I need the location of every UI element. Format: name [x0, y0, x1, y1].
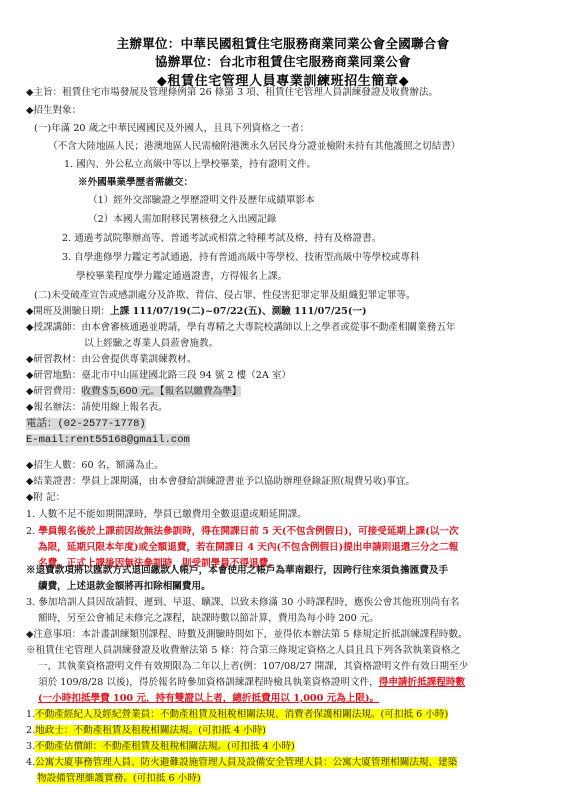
co-organizer-line: 協辦單位：台北市租賃住宅服務商業同業公會 — [0, 52, 566, 70]
note-3-line1: 3. 參加培訓人員因故請假、遲到、早退、曠課，以致未修滿 30 小時課程時，應俟… — [26, 596, 459, 610]
attention-line: ◆注意事項：本計畫訓練類別課程、時數及測驗時間如下，並得依本辦法第 5 條規定折… — [26, 628, 468, 642]
schedule-label: ◆開班及測驗日期： — [26, 306, 110, 317]
fee-value: 收費＄5,600 元。【報名以繳費為準】 — [81, 386, 241, 397]
refund-line1: ※退費款項將以匯款方式退回繳款人帳戶，本會使用之帳戶為華南銀行，因跨行往來須負擔… — [26, 564, 448, 578]
foreign-degree-heading: ※外國畢業學歷者需繳交： — [78, 176, 193, 190]
eligibility-item-2: 2. 通過考試院舉辦高等、普通考試或相當之特種考試及格，持有及格證書。 — [62, 232, 381, 246]
certificate-line: ◆結業證書：學員上課期滿，由本會發給訓練證書並予以協助辦理登錄証照(規費另收)事… — [26, 475, 415, 489]
eligibility-part1: (一)年滿 20 歲之中華民國國民及外國人，且具下列資格之一者： — [34, 122, 309, 136]
foreign-degree-item-1: （1）經外交部驗證之學歷證明文件及歷年成績單影本 — [88, 194, 315, 208]
purpose-line: ◆主旨：租賃住宅市場發展及管理條例第 26 條第 3 項、租賃住宅管理人員訓練發… — [26, 86, 438, 100]
organizer-line: 主辦單位：中華民國租賃住宅服務商業同業公會全國聯合會 — [0, 34, 566, 52]
offset-item-3: 3.不動產估價師：不動產租賃及租稅相關法規。(可扣抵 4 小時) — [26, 740, 295, 754]
rule-line2: 一，其執業資格證明文件有效期限為二年以上者(例：107/08/27 開課，其資格… — [38, 660, 468, 674]
schedule-line: ◆開班及測驗日期：上課 111/07/19(二)~07/22(五)、測驗 111… — [26, 305, 367, 319]
materials-line: ◆研習教材：由公會提供專業訓練教材。 — [26, 353, 196, 367]
eligibility-item-1: 1. 國內、外公私立高級中等以上學校畢業，持有證明文件。 — [64, 158, 316, 172]
eligibility-part1-note: （不含大陸地區人民；港澳地區人民需檢附港澳永久居民身分證並檢附未持有其他護照之切… — [48, 140, 461, 154]
rule-line4: (一小時扣抵學費 100 元，持有雙證以上者，總折抵費用以 1,000 元為上限… — [38, 692, 379, 706]
offset-item-4-line2: 物設備管理維護實務。(可扣抵 6 小時) — [37, 772, 201, 786]
instructors-line2: 以上經驗之專業人員蒞會施教。 — [84, 337, 218, 351]
location-line: ◆研習地點：臺北市中山區建國北路三段 94 號 2 樓（2A 室） — [26, 369, 291, 383]
eligibility-item-3-line2: 學校畢業程度學力鑑定通過證書，方得報名上課。 — [76, 270, 287, 284]
eligibility-heading: ◆招生對象： — [26, 104, 81, 118]
note-2-line2: 為限，延期只限本年度)或全額退費，若在開課日 4 天內(不包含例假日)提出申請則… — [38, 541, 458, 555]
note-1: 1. 人數不足不能如期開課時，學員已繳費用全數退還或順延開課。 — [26, 508, 307, 522]
refund-line2: 續費，上述退款金額將再扣除相關費用。 — [38, 580, 211, 594]
eligibility-item-3-line1: 3. 自學進修學力鑑定考試通過，持有普通高級中等學校、技術型高級中等學校或專科 — [62, 251, 420, 265]
recruitment-brochure: 主辦單位：中華民國租賃住宅服務商業同業公會全國聯合會 協辦單位：台北市租賃住宅服… — [0, 0, 566, 800]
eligibility-part2: (二)未受破產宣告或感訓處分及詐欺、背信、侵占罪、性侵害犯罪定罪及組織犯罪定罪等… — [34, 289, 416, 303]
note-2-line1: 2. 學員報名後於上課前因故無法參訓時，得在開課日前 5 天(不包含例假日)，可… — [26, 525, 459, 539]
instructors-label: ◆授課講師： — [26, 322, 81, 333]
offset-item-2: 2.地政士：不動產租賃及租稅相關法規。(可扣抵 4 小時) — [26, 724, 266, 738]
offset-eligibility-text: 得申請折抵課程時數 — [379, 677, 465, 688]
offset-item-4: 4.公寓大廈事務管理人員、防火避難設施管理人員及設備安全管理人員：公寓大廈管理相… — [26, 756, 457, 770]
enrollment-line: ◆招生人數：60 名，額滿為止。 — [26, 459, 164, 473]
offset-item-1: 1.不動產經紀人及經紀營業員：不動產租賃及租稅相關法規、消費者保護相關法規。(可… — [26, 708, 448, 722]
note-3-line2: 額時，另至公會補足未修完之課程，缺課時數以節計算，費用為每小時 200 元。 — [38, 612, 379, 626]
instructors-line1: ◆授課講師：由本會審核通過並聘請，學有專精之大專院校講師以上之學者或從事不動產相… — [26, 321, 456, 335]
contact-phone: 電話：(02-2577-1778) — [26, 417, 146, 431]
registration-line: ◆報名辦法：請使用線上報名表。 — [26, 401, 168, 415]
schedule-value: 上課 111/07/19(二)~07/22(五)、測驗 111/07/25(一) — [110, 306, 366, 317]
rule-line3: 須於 109/8/28 以後)，得於報名時參加資格訓練課程時檢具執業資格證明文件… — [38, 676, 465, 690]
notes-heading: ◆附 記： — [26, 491, 65, 505]
rule-line1: ※租賃住宅管理人員訓練發證及收費辦法第 5 條：符合第三條規定資格之人員且具下列… — [26, 644, 460, 658]
fee-line: ◆研習費用：收費＄5,600 元。【報名以繳費為準】 — [26, 385, 241, 399]
foreign-degree-item-2: （2）本國人需加附移民署核發之入出國記錄 — [88, 213, 276, 227]
contact-email[interactable]: E-mail:rent55168@gmail.com — [26, 433, 190, 447]
